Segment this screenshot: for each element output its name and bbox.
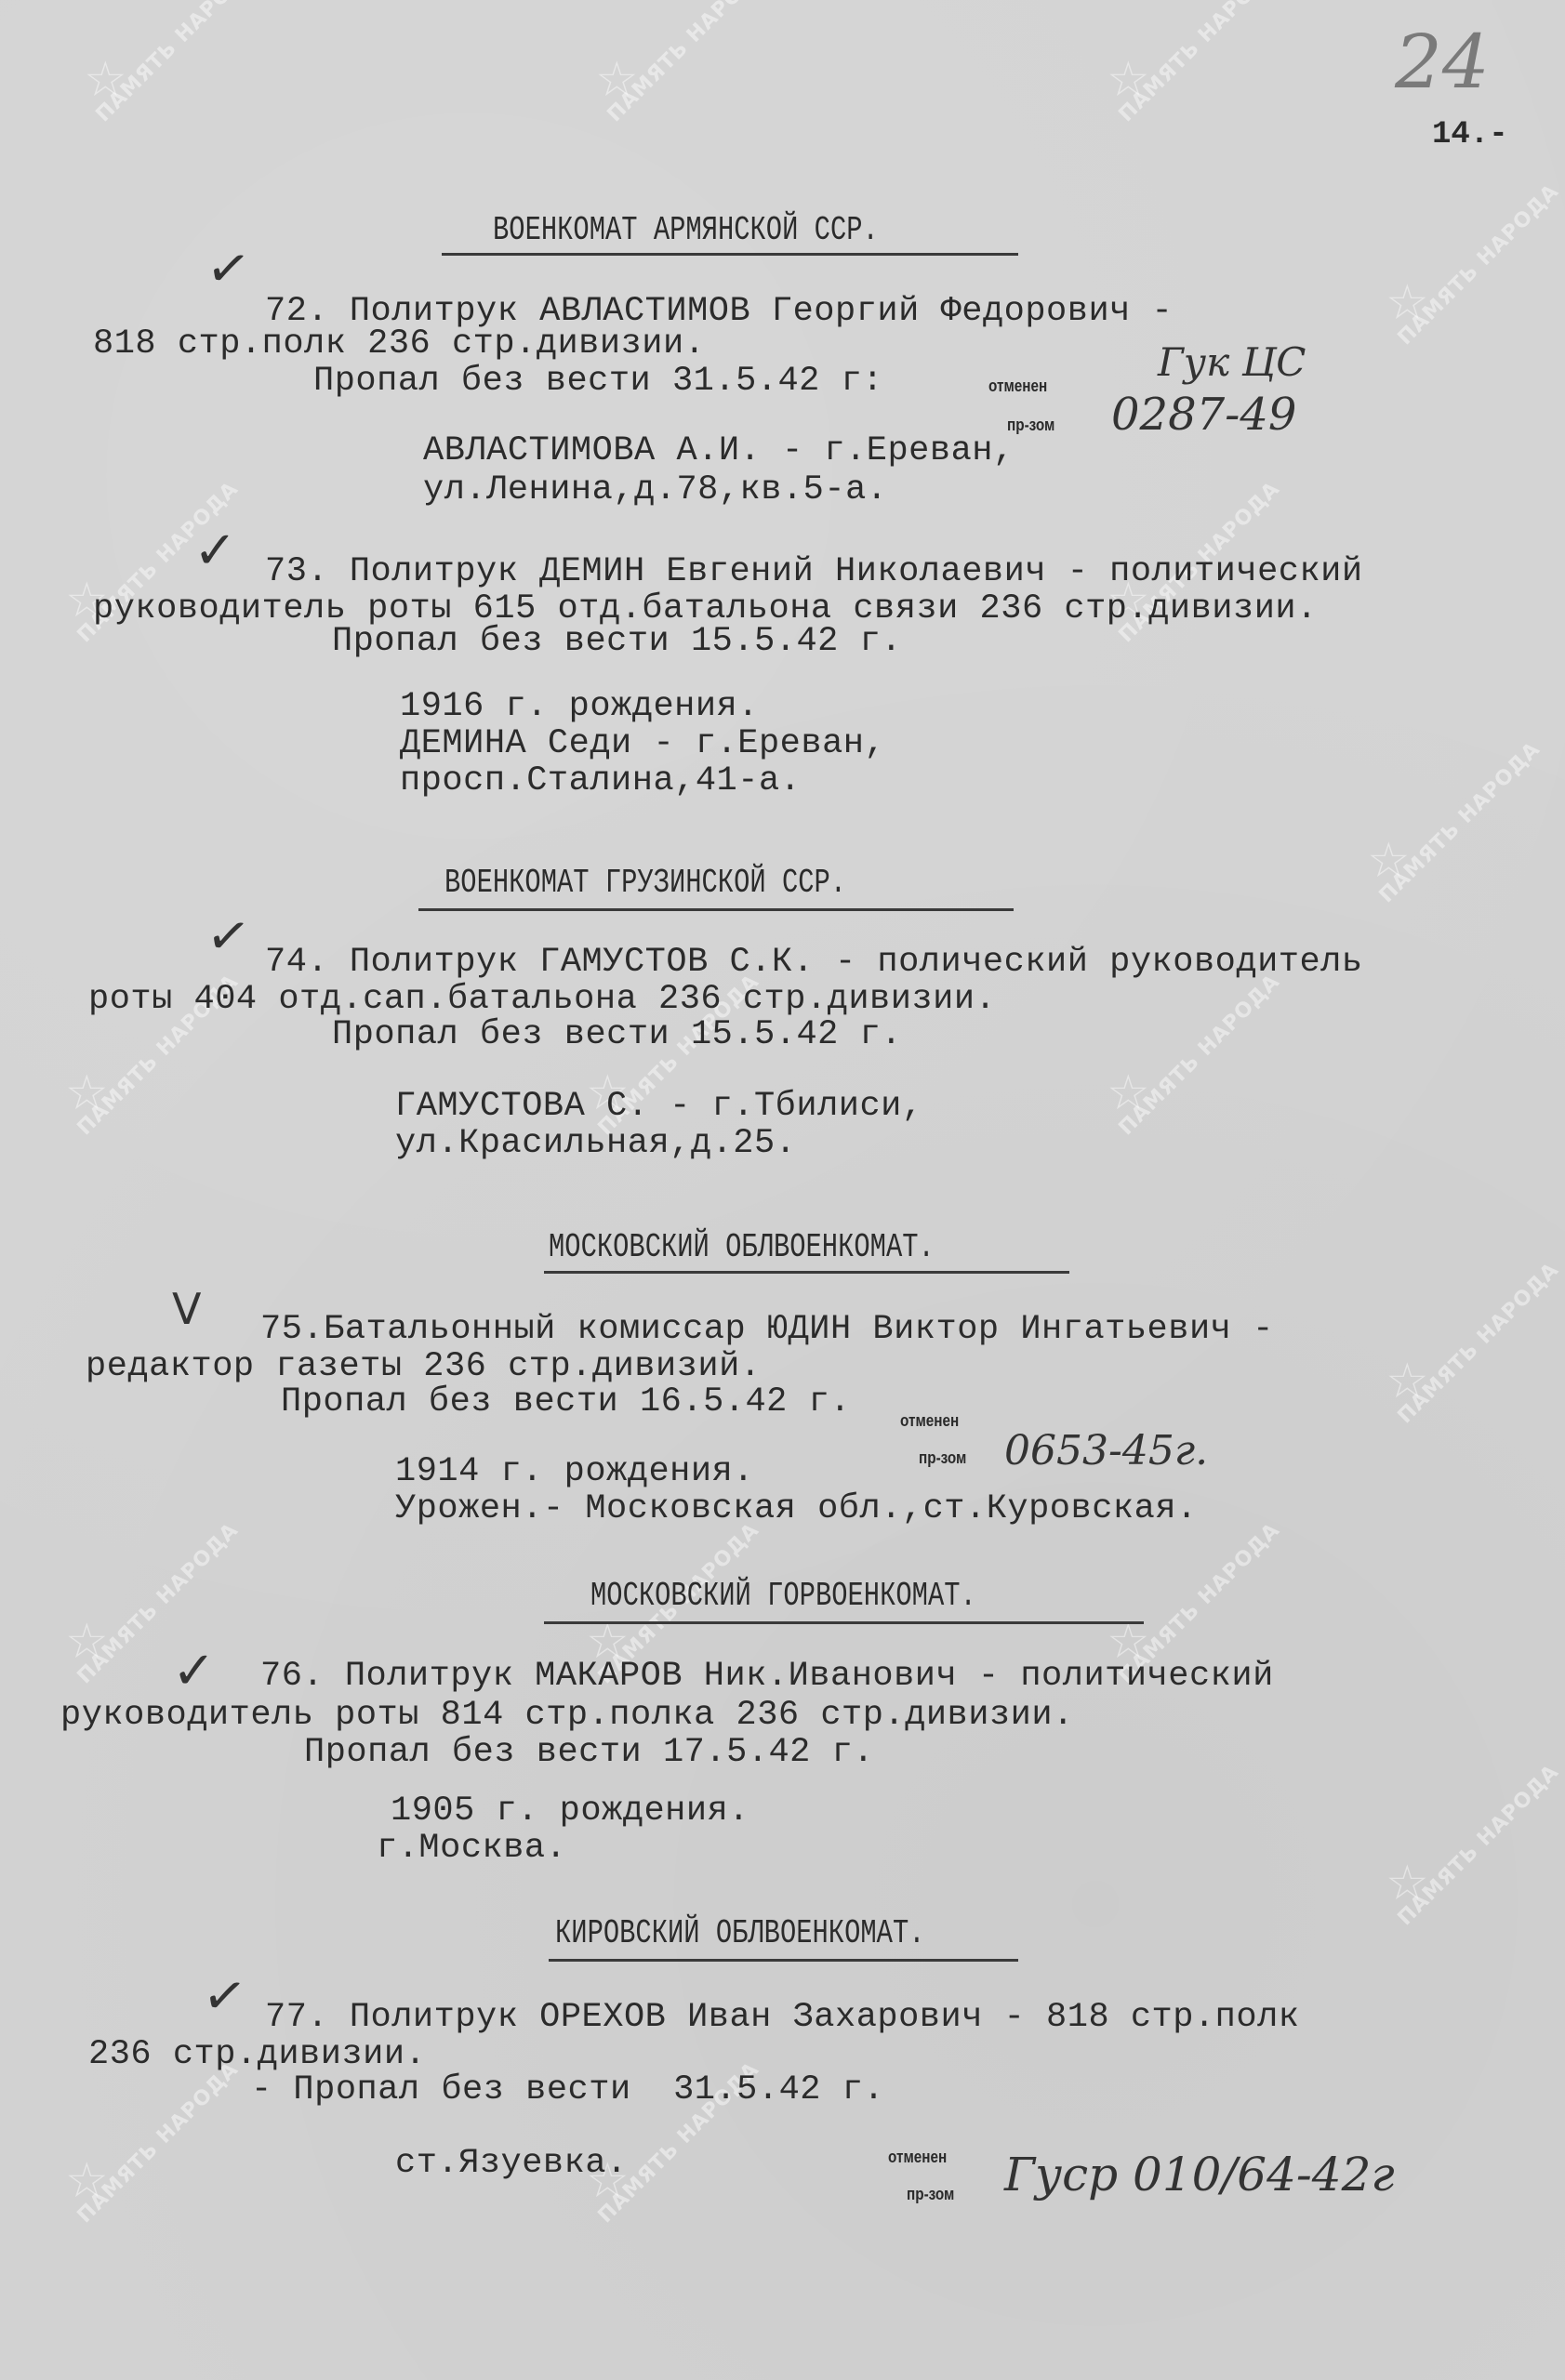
entry-line: Пропал без вести 15.5.42 г. bbox=[332, 1016, 902, 1053]
check-mark-icon: ✓ bbox=[193, 525, 237, 577]
entry-line: Пропал без вести 15.5.42 г. bbox=[332, 623, 902, 660]
entry-line: Пропал без вести 17.5.42 г. bbox=[304, 1734, 874, 1771]
entry-detail: 1916 г. рождения. bbox=[400, 688, 759, 725]
handwritten-folio-number: 24 bbox=[1395, 19, 1490, 105]
entry-detail: просп.Сталина,41-а. bbox=[400, 762, 801, 800]
cancellation-stamp: отменен bbox=[988, 377, 1047, 396]
check-mark-icon: ✓ bbox=[203, 241, 253, 298]
entry-detail: 1914 г. рождения. bbox=[395, 1453, 754, 1490]
handwritten-note: 0653-45г. bbox=[1004, 1427, 1208, 1474]
entry-line: Пропал без вести 16.5.42 г. bbox=[281, 1383, 851, 1421]
entry-line: 76. Политрук МАКАРОВ Ник.Иванович - поли… bbox=[260, 1658, 1274, 1695]
cancellation-stamp: пр-зом bbox=[1007, 416, 1054, 435]
entry-line: редактор газеты 236 стр.дивизий. bbox=[86, 1348, 762, 1385]
heading-underline bbox=[442, 253, 1018, 256]
section-heading: ВОЕНКОМАТ АРМЯНСКОЙ ССР. bbox=[493, 212, 879, 249]
entry-line: 73. Политрук ДЕМИН Евгений Николаевич - … bbox=[265, 553, 1363, 590]
handwritten-note: 0287-49 bbox=[1111, 389, 1296, 441]
entry-line: 74. Политрук ГАМУСТОВ С.К. - полический … bbox=[265, 944, 1363, 981]
check-mark-icon: ✓ bbox=[203, 908, 253, 966]
entry-detail: ГАМУСТОВА С. - г.Тбилиси, bbox=[395, 1088, 923, 1125]
entry-line: - Пропал без вести 31.5.42 г. bbox=[251, 2071, 884, 2109]
entry-line: 77. Политрук ОРЕХОВ Иван Захарович - 818… bbox=[265, 1999, 1299, 2036]
section-heading: МОСКОВСКИЙ ОБЛВОЕНКОМАТ. bbox=[549, 1229, 935, 1266]
entry-line: 236 стр.дивизии. bbox=[88, 2036, 426, 2073]
check-mark-icon: ✓ bbox=[199, 1968, 249, 2026]
entry-detail: ДЕМИНА Седи - г.Ереван, bbox=[400, 725, 885, 762]
entry-detail: АВЛАСТИМОВА А.И. - г.Ереван, bbox=[423, 432, 1015, 469]
heading-underline bbox=[418, 908, 1014, 911]
entry-line: 818 стр.полк 236 стр.дивизии. bbox=[93, 325, 705, 363]
entry-detail: ул.Красильная,д.25. bbox=[395, 1125, 796, 1162]
entry-line: роты 404 отд.сап.батальона 236 стр.дивиз… bbox=[88, 981, 996, 1018]
entry-detail: Урожен.- Московская обл.,ст.Куровская. bbox=[395, 1490, 1198, 1527]
section-heading: КИРОВСКИЙ ОБЛВОЕНКОМАТ. bbox=[555, 1915, 925, 1952]
cancellation-stamp: отменен bbox=[888, 2148, 947, 2167]
entry-line: Пропал без вести 31.5.42 г: bbox=[313, 363, 883, 400]
handwritten-note: Гук ЦС bbox=[1158, 339, 1306, 385]
cancellation-stamp: отменен bbox=[900, 1411, 959, 1431]
document-page: ☆ПАМЯТЬ НАРОДА ☆ПАМЯТЬ НАРОДА ☆ПАМЯТЬ НА… bbox=[0, 0, 1565, 2380]
entry-detail: ул.Ленина,д.78,кв.5-а. bbox=[423, 471, 887, 509]
cancellation-stamp: пр-зом bbox=[919, 1448, 966, 1468]
check-mark-icon: ✓ bbox=[172, 1646, 216, 1698]
section-heading: МОСКОВСКИЙ ГОРВОЕНКОМАТ. bbox=[590, 1578, 976, 1615]
entry-detail: ст.Язуевка. bbox=[395, 2145, 628, 2182]
heading-underline bbox=[544, 1621, 1144, 1624]
page-number: 14.- bbox=[1432, 117, 1508, 152]
entry-detail: 1905 г. рождения. bbox=[391, 1792, 749, 1830]
entry-line: руководитель роты 814 стр.полка 236 стр.… bbox=[60, 1697, 1074, 1734]
heading-underline bbox=[544, 1271, 1069, 1274]
entry-detail: г.Москва. bbox=[377, 1830, 566, 1867]
heading-underline bbox=[549, 1959, 1018, 1962]
entry-line: 75.Батальонный комиссар ЮДИН Виктор Инга… bbox=[260, 1311, 1274, 1348]
cancellation-stamp: пр-зом bbox=[907, 2185, 954, 2204]
check-mark-icon: V bbox=[172, 1288, 201, 1330]
handwritten-note: Гуср 010/64-42г bbox=[1004, 2148, 1395, 2201]
section-heading: ВОЕНКОМАТ ГРУЗИНСКОЙ ССР. bbox=[444, 865, 846, 902]
